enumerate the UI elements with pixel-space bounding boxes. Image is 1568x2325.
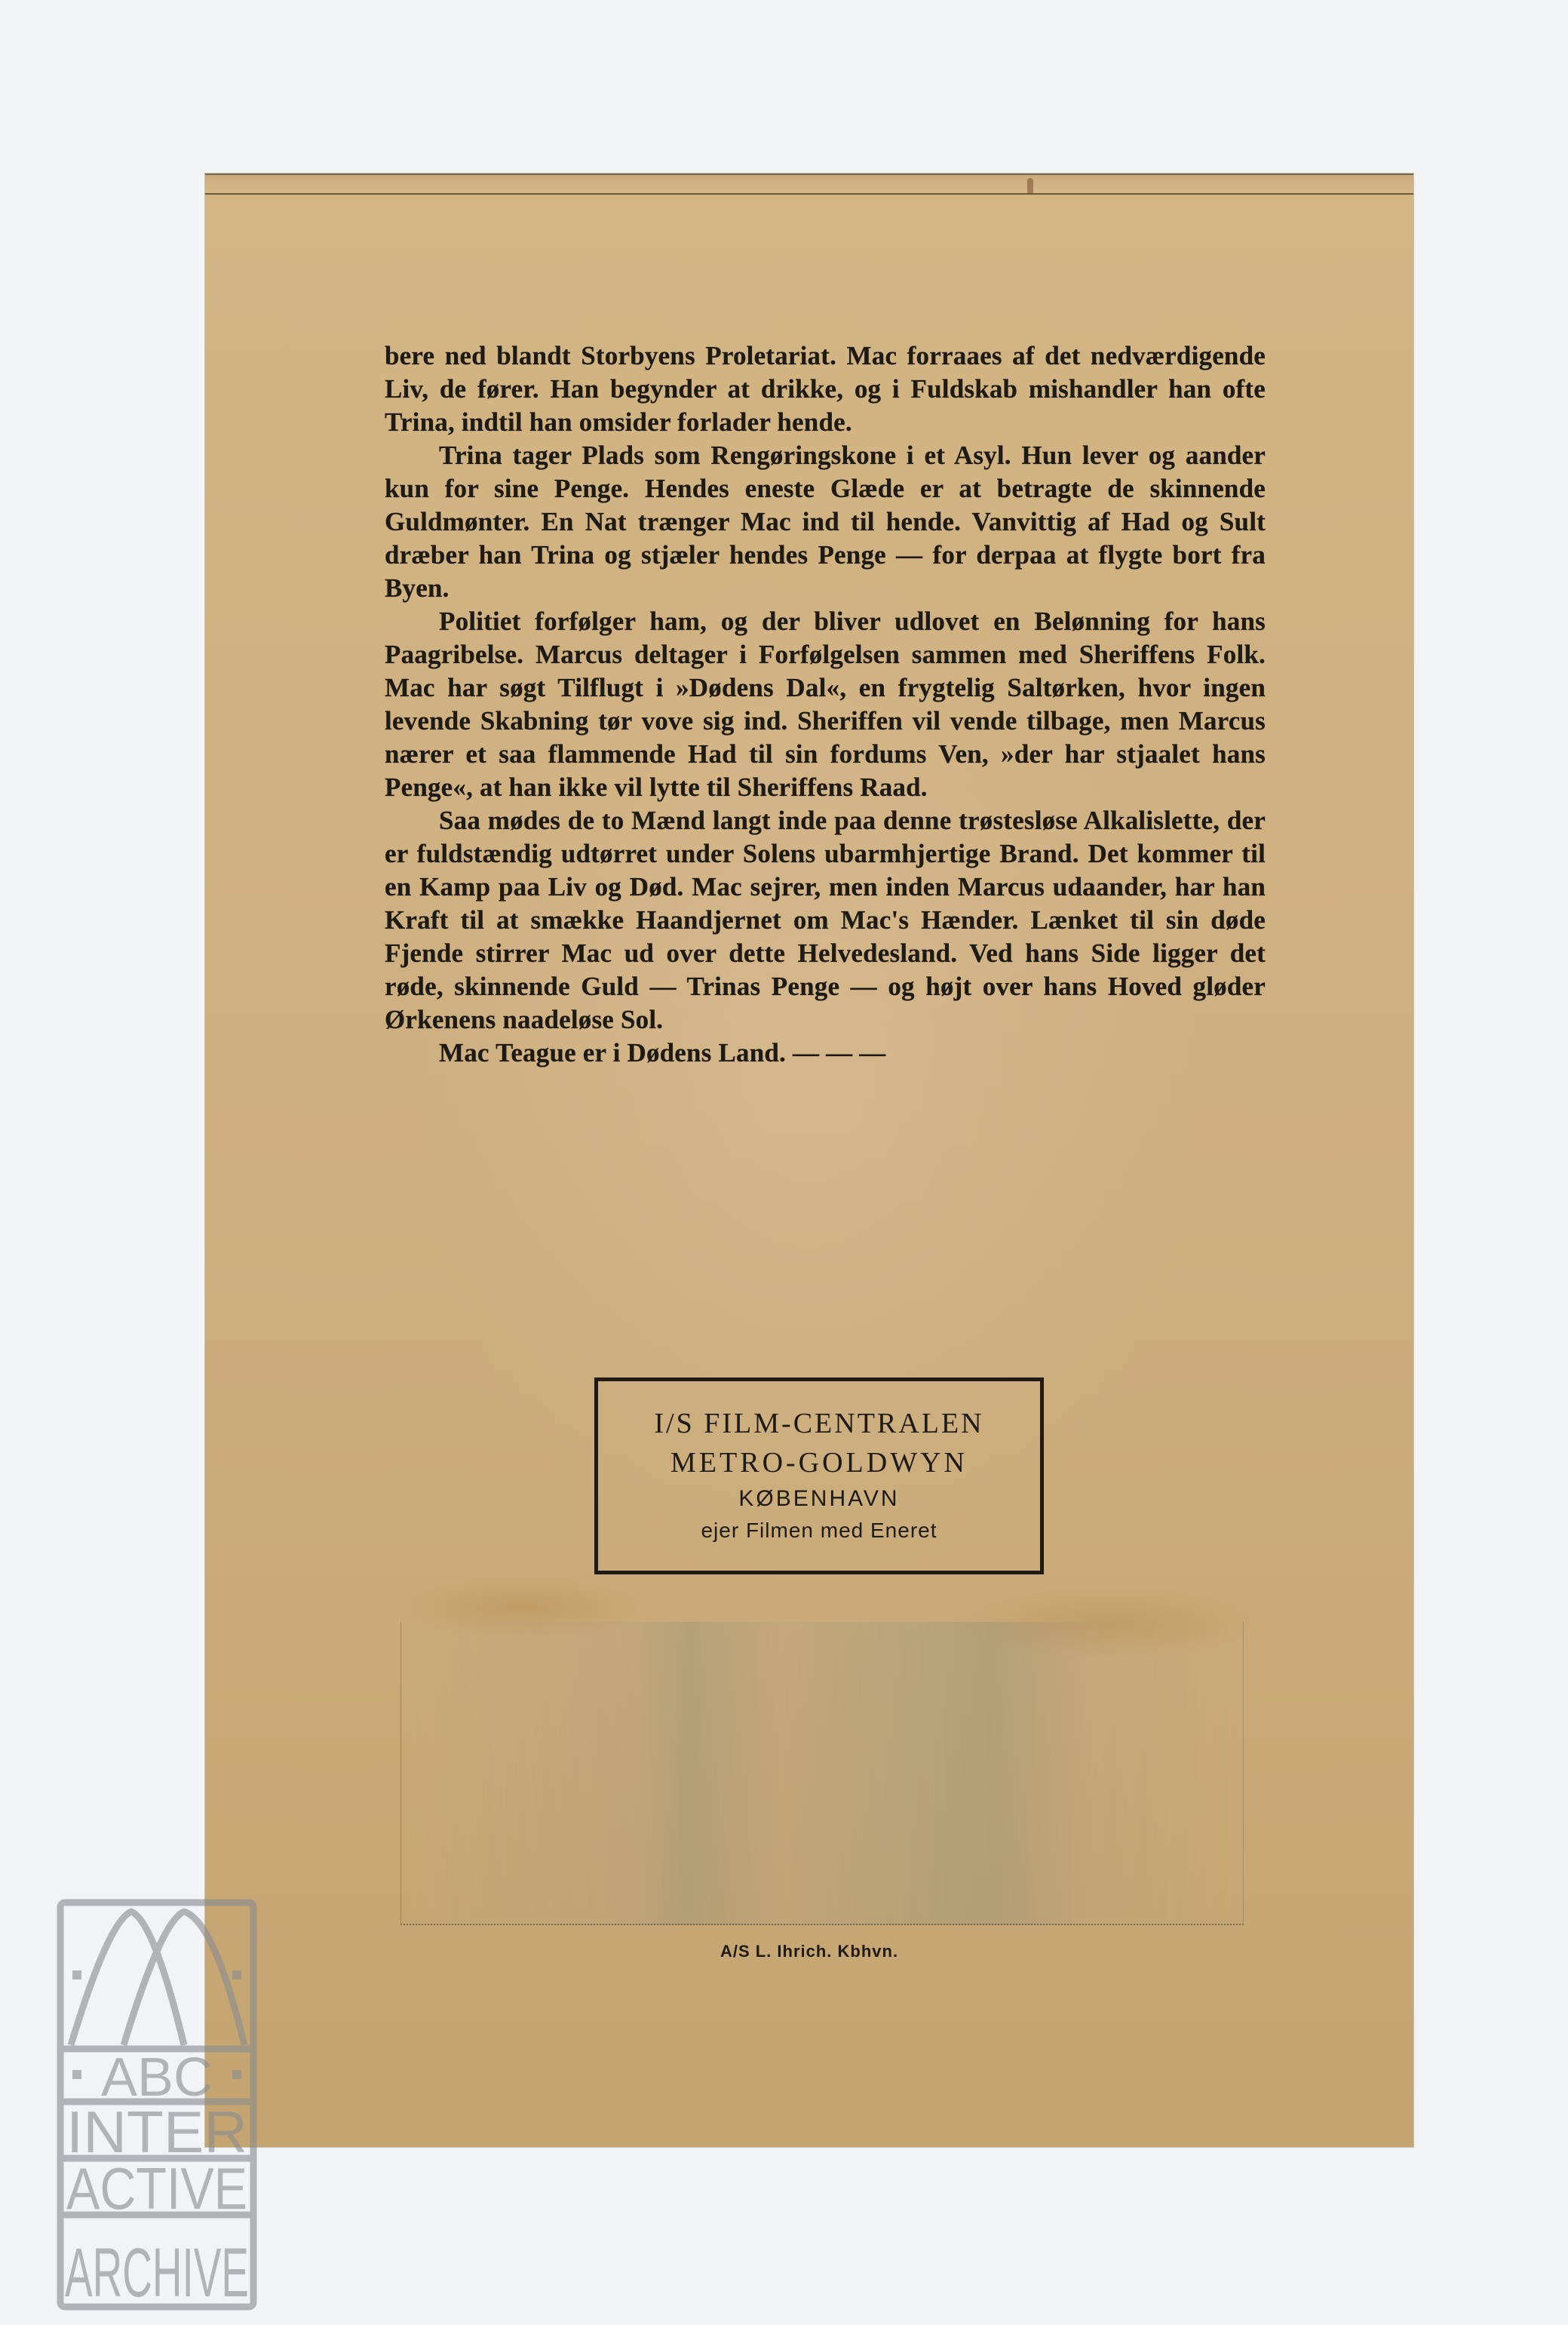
synopsis-text: bere ned blandt Storbyens Proletariat. M… (385, 339, 1266, 1070)
scanned-page: bere ned blandt Storbyens Proletariat. M… (205, 174, 1413, 2147)
paragraph: bere ned blandt Storbyens Proletariat. M… (385, 339, 1266, 439)
distributor-credit-box: I/S FILM-CENTRALEN METRO-GOLDWYN KØBENHA… (594, 1377, 1044, 1574)
show-through-image (400, 1622, 1244, 1925)
rights-notice: ejer Filmen med Eneret (598, 1516, 1040, 1546)
printer-imprint: A/S L. Ihrich. Kbhvn. (205, 1942, 1413, 1961)
stain-mark (1027, 178, 1033, 195)
abc-interactive-archive-logo-icon: ABC INTER ACTIVE ARCHIVE (56, 1898, 258, 2311)
folded-top-edge (205, 174, 1413, 195)
paragraph: Mac Teague er i Dødens Land. — — — (385, 1037, 1266, 1070)
distributor-name: I/S FILM-CENTRALEN (598, 1404, 1040, 1443)
paragraph: Saa mødes de to Mænd langt inde paa denn… (385, 804, 1266, 1037)
paragraph: Politiet forfølger ham, og der bliver ud… (385, 605, 1266, 804)
svg-text:ARCHIVE: ARCHIVE (65, 2234, 249, 2311)
city-name: KØBENHAVN (598, 1482, 1040, 1516)
paragraph: Trina tager Plads som Rengøringskone i e… (385, 439, 1266, 605)
svg-text:ACTIVE: ACTIVE (66, 2155, 247, 2222)
studio-name: METRO-GOLDWYN (598, 1443, 1040, 1482)
